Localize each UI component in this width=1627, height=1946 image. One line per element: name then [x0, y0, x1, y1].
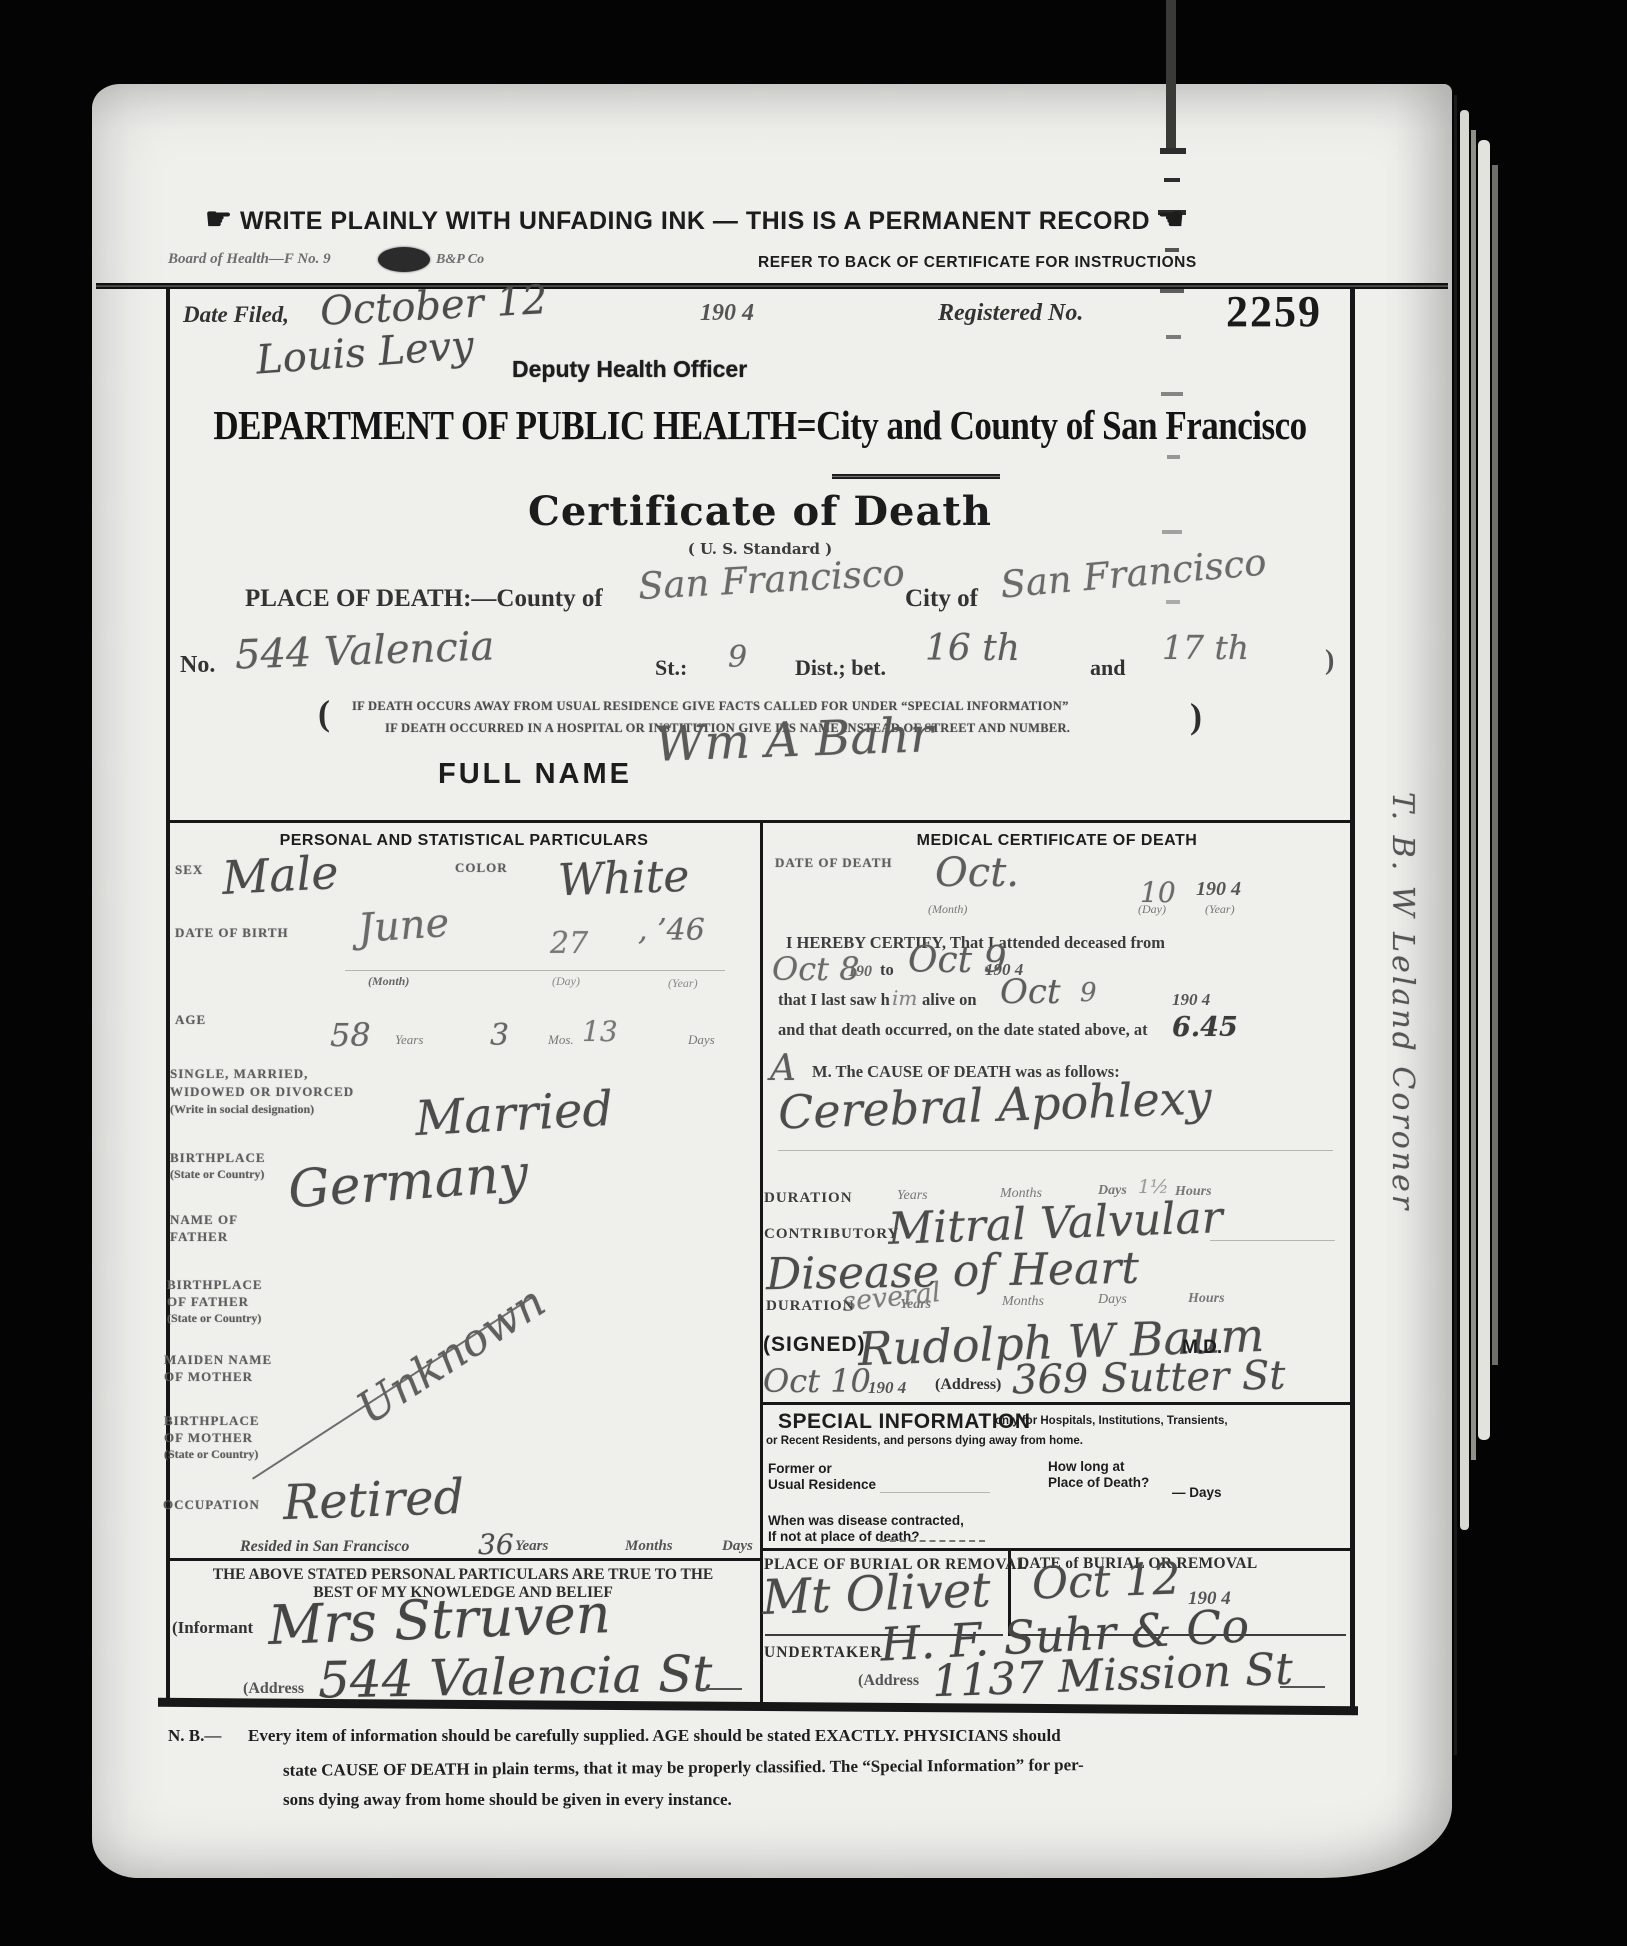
marital-label-2: WIDOWED OR DIVORCED: [170, 1084, 354, 1100]
former-residence-label-1: Former or: [768, 1461, 832, 1476]
physician-address-value: 369 Sutter St: [1012, 1353, 1286, 1404]
box-right-border: [1350, 289, 1355, 1709]
last-saw-fill: im: [892, 986, 917, 1010]
alive-on-label: alive on: [922, 990, 977, 1010]
and-value: 17 th: [1162, 628, 1249, 667]
death-occurred-label: and that death occurred, on the date sta…: [778, 1020, 1148, 1040]
and-label: and: [1090, 655, 1125, 681]
page-edge: [1492, 165, 1498, 1365]
special-info-note-2: or Recent Residents, and persons dying a…: [766, 1435, 1083, 1447]
dob-month-value: June: [357, 900, 451, 952]
former-residence-label-2: Usual Residence: [768, 1477, 876, 1492]
burial-date-value: Oct 12: [1031, 1553, 1181, 1609]
attended-from-value: Oct 8: [772, 950, 860, 988]
registered-no-value: 2259: [1226, 286, 1322, 337]
binding-mark: [1166, 335, 1181, 339]
medical-header: MEDICAL CERTIFICATE OF DEATH: [768, 832, 1346, 850]
residence-note-paren: (: [318, 692, 330, 734]
attest-rule: [166, 1558, 760, 1561]
dod-year-caption: (Year): [1205, 902, 1235, 917]
age-years-value: 58: [330, 1016, 371, 1054]
informant-address-label: (Address: [243, 1680, 304, 1698]
signed-year: 190 4: [868, 1378, 906, 1398]
address-fill-dash: [700, 1688, 742, 1690]
duration2-hours-caption: Hours: [1188, 1291, 1225, 1307]
footer-note-line-1: Every item of information should be care…: [248, 1726, 1061, 1746]
dob-month-caption: (Month): [368, 974, 409, 989]
father-birthplace-label-2: OF FATHER: [167, 1294, 249, 1310]
resided-years-caption: Years: [515, 1538, 548, 1555]
attest-line-1: THE ABOVE STATED PERSONAL PARTICULARS AR…: [166, 1566, 760, 1584]
age-months-value: 3: [490, 1018, 509, 1053]
city-label: City of: [905, 585, 978, 613]
dod-month-caption: (Month): [928, 902, 967, 917]
special-info-title: SPECIAL INFORMATION: [778, 1410, 1031, 1434]
binding-mark: [1166, 600, 1180, 604]
dob-label: DATE OF BIRTH: [175, 925, 289, 941]
district-label: Dist.; bet.: [795, 655, 886, 681]
father-birthplace-label-3: (State or Country): [167, 1311, 261, 1326]
fill-line: [1210, 1240, 1335, 1241]
resided-years-value: 36: [478, 1528, 514, 1561]
residence-note-close-paren: ): [1190, 695, 1202, 737]
residence-note-1: IF DEATH OCCURS AWAY FROM USUAL RESIDENC…: [352, 699, 1069, 714]
contributory-value-2: Disease of Heart: [766, 1243, 1140, 1301]
dob-day-caption: (Day): [552, 974, 580, 989]
special-rule: [763, 1402, 1351, 1405]
date-filed-year: 190 4: [700, 300, 754, 327]
binding-mark: [1165, 248, 1179, 252]
informant-address-value: 544 Valencia St: [318, 1645, 713, 1710]
occupation-label: OCCUPATION: [163, 1497, 260, 1513]
fill-line: [880, 1492, 990, 1493]
father-birthplace-label-1: BIRTHPLACE: [167, 1277, 263, 1293]
binding-mark: [1161, 392, 1183, 396]
marital-value: Married: [414, 1081, 615, 1147]
close-paren: ): [1325, 645, 1334, 677]
refer-note: REFER TO BACK OF CERTIFICATE FOR INSTRUC…: [758, 254, 1197, 272]
duration2-years-caption: Years: [900, 1297, 931, 1313]
page-edge: [1166, 0, 1176, 150]
footer-note-line-3: sons dying away from home should be give…: [283, 1790, 732, 1810]
duration2-months-caption: Months: [1002, 1294, 1044, 1310]
mother-birthplace-label-2: OF MOTHER: [164, 1430, 253, 1446]
street-no-label: No.: [180, 652, 215, 679]
color-value: White: [557, 851, 690, 907]
street-no-value: 544 Valencia: [234, 623, 495, 678]
signed-date-value: Oct 10: [763, 1362, 871, 1400]
dob-year-value: , ’46: [638, 913, 705, 948]
printer-stamp: [378, 247, 430, 272]
certificate-title: Certificate of Death: [170, 488, 1350, 535]
am-value: A: [770, 1048, 796, 1089]
resided-months-caption: Months: [625, 1538, 673, 1555]
date-of-death-month: Oct.: [935, 850, 1019, 896]
binding-mark: [1160, 148, 1186, 154]
date-filed-label: Date Filed,: [183, 302, 289, 328]
last-saw-year: 190 4: [1172, 990, 1210, 1010]
age-label: AGE: [175, 1012, 206, 1028]
age-months-caption: Mos.: [548, 1032, 574, 1048]
last-saw-month: Oct: [1000, 972, 1061, 1012]
footer-note-prefix: N. B.—: [168, 1726, 221, 1746]
full-name-label: FULL NAME: [438, 758, 632, 791]
banner-text: WRITE PLAINLY WITH UNFADING INK — THIS I…: [240, 207, 1150, 235]
pointing-hand-left-icon: ☚: [1158, 203, 1185, 236]
health-officer-title: Deputy Health Officer: [512, 356, 747, 383]
sex-value: Male: [221, 845, 340, 905]
date-of-death-year: 190 4: [1196, 878, 1241, 901]
personal-header: PERSONAL AND STATISTICAL PARTICULARS: [176, 832, 752, 850]
days-suffix: — Days: [1172, 1485, 1222, 1500]
department-title: DEPARTMENT OF PUBLIC HEALTH=City and Cou…: [170, 402, 1350, 449]
age-days-caption: Days: [688, 1032, 715, 1048]
marital-label-1: SINGLE, MARRIED,: [170, 1066, 308, 1082]
full-name-value: Wm A Bahr: [654, 707, 934, 773]
place-of-death-label: PLACE OF DEATH:—County of: [245, 585, 603, 613]
dod-day-caption: (Day): [1138, 902, 1166, 917]
special-info-note-1: only for Hospitals, Institutions, Transi…: [995, 1415, 1228, 1427]
page-edge: [1478, 140, 1490, 1440]
attended-from-year: 190: [848, 963, 872, 981]
last-saw-label: that I last saw h: [778, 990, 890, 1010]
burial-rule: [763, 1548, 1351, 1551]
marital-label-3: (Write in social designation): [170, 1102, 314, 1117]
document-scan: ☛ WRITE PLAINLY WITH UNFADING INK — THIS…: [0, 0, 1627, 1946]
street-label: St.:: [655, 655, 687, 681]
to-label: to: [880, 960, 894, 980]
mother-birthplace-label-1: BIRTHPLACE: [164, 1413, 260, 1429]
contributory-label: CONTRIBUTORY: [764, 1226, 899, 1243]
informant-value: Mrs Struven: [267, 1582, 612, 1657]
fill-line: [778, 1150, 1333, 1151]
occupation-value: Retired: [282, 1469, 465, 1531]
birthplace-label: BIRTHPLACE: [170, 1150, 266, 1166]
resided-days-caption: Days: [722, 1538, 753, 1555]
signed-label: (SIGNED): [763, 1333, 866, 1357]
age-years-caption: Years: [395, 1032, 423, 1048]
sex-label: SEX: [175, 862, 203, 878]
printer-name: B&P Co: [436, 252, 484, 268]
resided-label: Resided in San Francisco: [240, 1538, 409, 1556]
binding-mark: [1167, 455, 1180, 459]
duration-label: DURATION: [764, 1190, 853, 1207]
father-name-label-2: FATHER: [170, 1229, 228, 1245]
dob-year-caption: (Year): [668, 976, 698, 991]
page-edge: [1454, 95, 1457, 1755]
page-edge: [1460, 110, 1469, 1530]
fill-line: [345, 970, 725, 971]
date-of-death-label: DATE OF DEATH: [775, 855, 893, 871]
father-name-label-1: NAME OF: [170, 1212, 238, 1228]
binding-mark: [1164, 178, 1180, 182]
undertaker-address-label: (Address: [858, 1672, 919, 1690]
how-long-label-2: Place of Death?: [1048, 1475, 1149, 1490]
mother-name-label-1: MAIDEN NAME: [164, 1352, 272, 1368]
street-value: 9: [728, 640, 747, 675]
death-time-value: 6.45: [1172, 1012, 1238, 1043]
pointing-hand-right-icon: ☛: [205, 203, 232, 236]
mother-name-label-2: OF MOTHER: [164, 1369, 253, 1385]
informant-label: (Informant: [172, 1618, 253, 1638]
how-long-label-1: How long at: [1048, 1459, 1125, 1474]
duration2-days-caption: Days: [1098, 1292, 1127, 1308]
contracted-fill-line: [880, 1540, 985, 1542]
age-days-value: 13: [582, 1015, 618, 1048]
margin-coroner-note: T. B. W Leland Coroner: [1385, 792, 1420, 1312]
disease-contracted-label-1: When was disease contracted,: [768, 1513, 964, 1528]
undertaker-label: UNDERTAKER: [764, 1644, 883, 1662]
physician-address-label: (Address): [935, 1376, 1001, 1394]
title-divider: [832, 474, 1000, 479]
birthplace-caption: (State or Country): [170, 1167, 264, 1182]
district-value: 16 th: [925, 628, 1020, 669]
banner: ☛ WRITE PLAINLY WITH UNFADING INK — THIS…: [195, 202, 1195, 237]
color-label: COLOR: [455, 860, 508, 876]
mother-birthplace-label-3: (State or Country): [164, 1447, 258, 1462]
last-saw-day: 9: [1080, 978, 1097, 1008]
form-number: Board of Health—F No. 9: [168, 251, 331, 268]
undertaker-fill-dash: [1280, 1686, 1325, 1688]
registered-no-label: Registered No.: [938, 300, 1083, 327]
page-edge: [1471, 130, 1476, 1460]
dob-day-value: 27: [550, 926, 588, 961]
